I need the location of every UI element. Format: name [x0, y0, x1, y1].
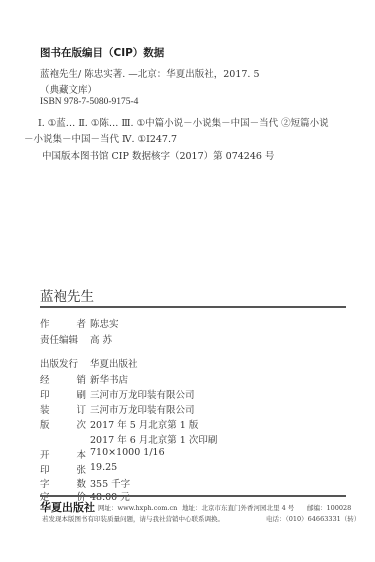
footer-website: 网址：www.hxph.com.cn: [98, 503, 177, 512]
detail-sheets: 印张 19.25: [40, 462, 117, 476]
cip-classification-line-1: Ⅰ. ①蓝… Ⅱ. ①陈… Ⅲ. ①中篇小说－小说集－中国－当代 ②短篇小说: [38, 115, 329, 129]
detail-edition: 版次 2017 年 5 月北京第 1 版: [40, 417, 198, 431]
footer-phone: 电话：（010）64663331（转）: [266, 514, 360, 523]
credit-editor: 责任编辑 高 苏: [40, 332, 112, 346]
cip-heading: 图书在版编目（CIP）数据: [40, 45, 164, 60]
detail-publisher: 出版发行 华夏出版社: [40, 356, 138, 370]
footer-address: 地址：北京市东直门外香河园北里 4 号: [182, 503, 294, 512]
detail-printer: 印刷 三河市万龙印装有限公司: [40, 387, 195, 401]
detail-word-count: 字数 355 千字: [40, 476, 130, 490]
footer-publisher-name: 华夏出版社: [40, 499, 95, 515]
cip-series-line: （典藏文库）: [40, 82, 97, 96]
footer-notice: 若发现本版图书有印装质量问题，请与我社营销中心联系调换。: [42, 514, 224, 523]
cip-bibliographic-line: 蓝袍先生/ 陈忠实著. —北京：华夏出版社，2017. 5: [40, 66, 260, 80]
cip-record-number: 中国版本图书馆 CIP 数据核字（2017）第 074246 号: [42, 148, 274, 162]
detail-binder: 装订 三河市万龙印装有限公司: [40, 402, 195, 416]
detail-format: 开本 710×1000 1/16: [40, 447, 165, 461]
book-title: 蓝袍先生: [40, 285, 94, 305]
detail-distributor: 经销 新华书店: [40, 372, 128, 386]
footer-divider: [40, 495, 346, 497]
title-divider: [40, 306, 346, 308]
cip-isbn: ISBN 978-7-5080-9175-4: [40, 97, 138, 107]
credit-author: 作者 陈忠实: [40, 316, 119, 330]
detail-printing: 2017 年 6 月北京第 1 次印刷: [40, 432, 217, 446]
cip-classification-line-2: －小说集－中国－当代 Ⅳ. ①I247.7: [24, 131, 177, 145]
footer-postcode: 邮编：100028: [307, 503, 351, 512]
